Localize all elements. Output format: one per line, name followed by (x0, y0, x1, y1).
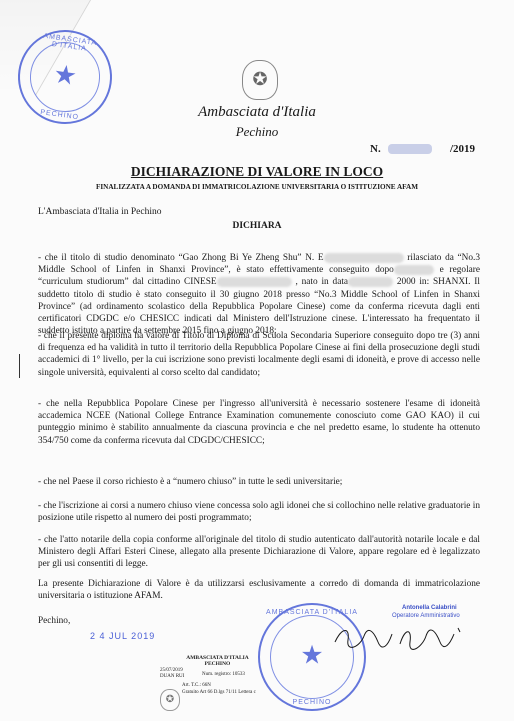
legalization-officer: DUAN RUI (160, 674, 184, 680)
document-subtitle: FINALIZZATA A DOMANDA DI IMMATRICOLAZION… (0, 183, 514, 191)
redacted-protocol (388, 144, 432, 154)
stamp-ring-text: AMBASCIATA D'ITALIA (260, 609, 364, 616)
signer-role: Operatore Amministrativo (392, 612, 460, 620)
protocol-suffix: /2019 (450, 143, 475, 155)
paragraph-gaokao: - che nella Repubblica Popolare Cinese p… (38, 398, 480, 447)
signer-name: Antonella Calabrini (402, 604, 460, 612)
protocol-prefix: N. (370, 143, 388, 155)
date-stamp: 2 4 JUL 2019 (90, 631, 155, 641)
paragraph-notarial-act: - che l'atto notarile della copia confor… (38, 534, 480, 571)
legalization-head-2: PECHINO (170, 661, 265, 667)
paragraph-diploma: - che il titolo di studio denominato “Ga… (38, 252, 480, 337)
document-title: DICHIARAZIONE DI VALORE IN LOCO (0, 164, 514, 180)
legalization-exemption: Gratuito Art 66 D.lgs 71/11 Lettera c (182, 690, 272, 696)
protocol-number: N./2019 (370, 143, 475, 155)
italian-emblem-icon: ✪ (242, 60, 278, 100)
redacted-birthdate (348, 277, 393, 287)
embassy-city: Pechino (0, 124, 514, 140)
paragraph-numero-chiuso: - che nel Paese il corso richiesto è a “… (38, 476, 480, 488)
italian-emblem-icon: ✪ (160, 689, 180, 711)
legalization-registry: Num. registro: 10533 (202, 672, 245, 678)
margin-mark (19, 354, 20, 378)
paragraph-admission: - che l'iscrizione ai corsi a numero chi… (38, 500, 480, 524)
redacted-text (394, 265, 434, 275)
embassy-stamp-bottom: AMBASCIATA D'ITALIA ★ PECHINO (258, 603, 366, 711)
paragraph-diploma-value: - che il presente diploma ha valore di T… (38, 330, 480, 379)
addressee: L'Ambasciata d'Italia in Pechino (38, 207, 161, 217)
legalization-tariff: Art. T.C.: 66N (182, 683, 211, 689)
redacted-diploma-number (324, 253, 404, 263)
legalization-stamp: AMBASCIATA D'ITALIA PECHINO 25/07/2019 D… (160, 655, 265, 715)
document-page: AMBASCIATA D'ITALIA ★ PECHINO ✪ Ambascia… (0, 0, 514, 721)
handwritten-signature (330, 622, 470, 652)
signer-block: Antonella Calabrini Operatore Amministra… (392, 604, 460, 620)
stamp-ring-city: PECHINO (260, 699, 364, 706)
embassy-name: Ambasciata d'Italia (0, 104, 514, 121)
redacted-name (217, 277, 292, 287)
declares-heading: DICHIARA (0, 221, 514, 231)
closing-statement: La presente Dichiarazione di Valore è da… (38, 578, 480, 602)
